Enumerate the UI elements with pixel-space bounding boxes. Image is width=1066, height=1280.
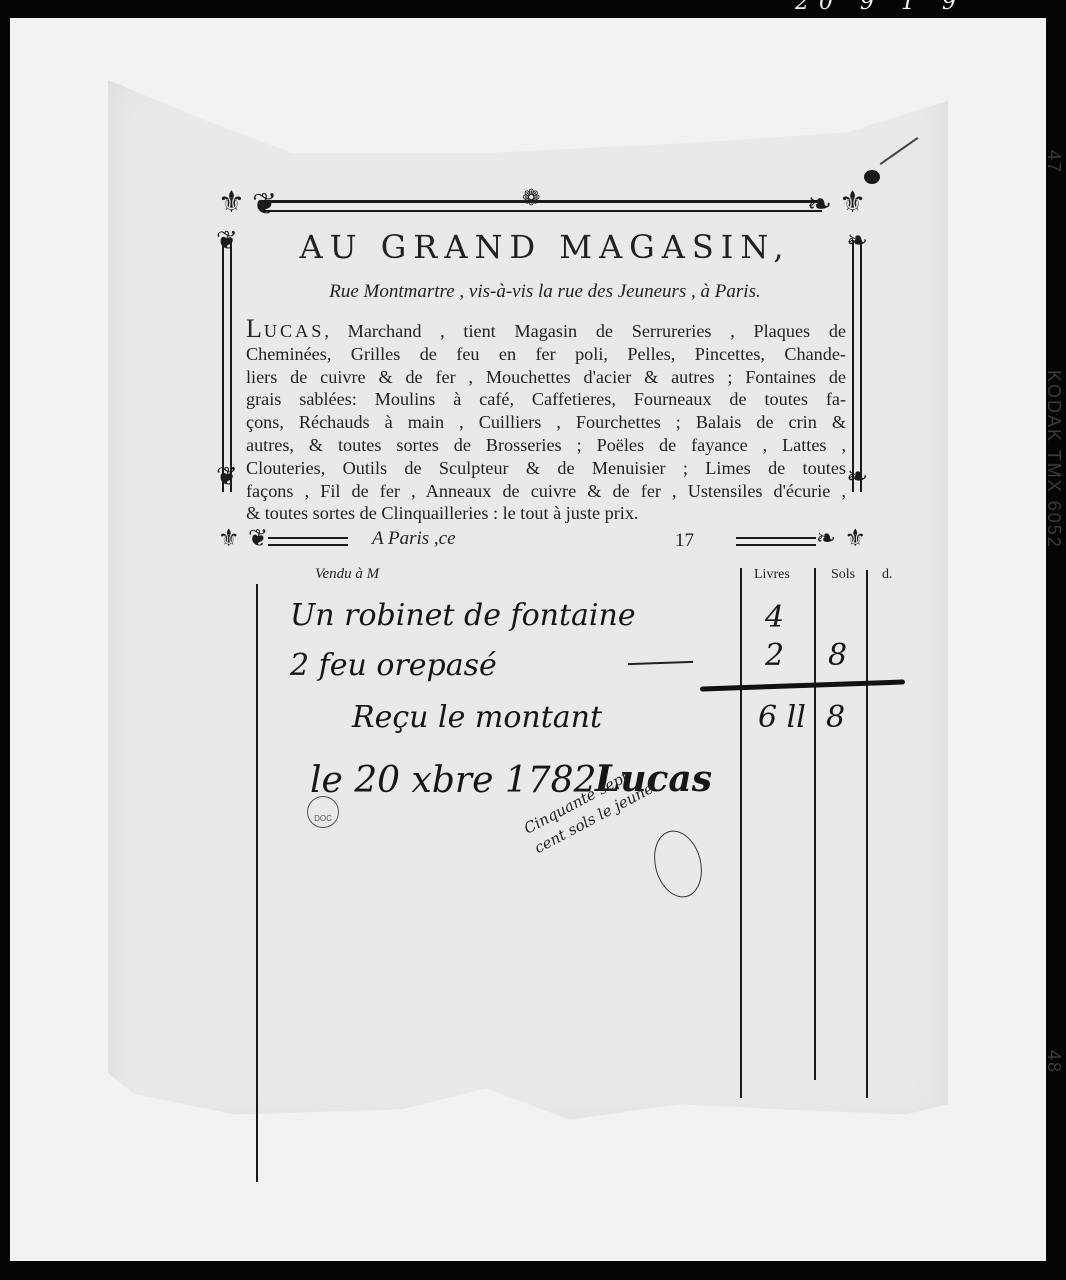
archive-stamp: DOC (307, 796, 339, 828)
item-sols: 8 (828, 638, 847, 673)
sold-to-label: Vendu à M (315, 566, 379, 583)
fleur-de-lis-icon: ⚜ (839, 188, 866, 218)
merchant-description: LUCAS, Marchand , tient Magasin de Serru… (246, 318, 846, 525)
fleur-de-lis-icon: ⚜ (218, 526, 240, 550)
column-header-livres: Livres (754, 567, 790, 583)
film-edge-code: KODAK TMX 6052 (1043, 370, 1064, 549)
description-line: çons, Réchauds à main , Cuilliers , Four… (246, 411, 846, 434)
total-livres: 6 ll (758, 700, 806, 735)
total-sols: 8 (826, 700, 845, 735)
livres-column-rule (740, 568, 742, 1098)
ink-stain (864, 170, 880, 184)
fleur-de-lis-icon: ⚜ (844, 526, 866, 550)
scroll-ornament-icon: ❧ (816, 526, 836, 550)
item-description: 2 feu orepasé (290, 648, 497, 683)
scroll-ornament-icon: ❦ (216, 464, 238, 490)
scroll-ornament-icon: ❦ (216, 228, 238, 254)
description-line: autres, & toutes sortes de Brosseries ; … (246, 434, 846, 457)
border-top-rule (262, 200, 822, 212)
merchant-name: UCAS (264, 321, 325, 341)
place-line: A Paris ,ce (372, 528, 456, 550)
scroll-ornament-icon: ❦ (248, 526, 268, 550)
date-line: le 20 xbre 1782 (310, 760, 596, 801)
item-description: Un robinet de fontaine (290, 598, 636, 633)
description-line: façons , Fil de fer , Anneaux de cuivre … (246, 480, 846, 503)
film-edge-number: 48 (1043, 1050, 1064, 1074)
description-line: & toutes sortes de Clinquailleries : le … (246, 502, 846, 525)
scroll-ornament-icon: ❧ (846, 464, 868, 490)
column-header-sols: Sols (831, 567, 855, 583)
item-livres: 4 (765, 600, 784, 635)
receipt-line: Reçu le montant (352, 700, 602, 735)
scroll-ornament-icon: ❧ (807, 190, 832, 220)
description-line: Cheminées, Grilles de feu en fer poli, P… (246, 343, 846, 366)
film-edge-number: 47 (1043, 150, 1064, 174)
description-line: LUCAS, Marchand , tient Magasin de Serru… (246, 318, 846, 343)
border-bottom-right-rule (736, 537, 816, 546)
deniers-column-rule (866, 570, 868, 1098)
film-top-mark: 20 9 1 9 (795, 0, 966, 15)
border-right-rule (852, 240, 862, 492)
left-margin-rule (256, 584, 258, 1182)
year-prefix: 17 (675, 530, 694, 552)
center-ornament-icon: ❁ (522, 188, 540, 210)
shop-address: Rue Montmartre , vis-à-vis la rue des Je… (240, 281, 850, 303)
border-left-rule (222, 240, 232, 492)
description-line: grais sablées: Moulins à café, Caffetier… (246, 388, 846, 411)
border-bottom-left-rule (268, 537, 348, 546)
item-livres: 2 (765, 638, 784, 673)
description-line: liers de cuivre & de fer , Mouchettes d'… (246, 366, 846, 389)
fleur-de-lis-icon: ⚜ (218, 188, 245, 218)
drop-cap: L (246, 314, 264, 343)
scroll-ornament-icon: ❦ (252, 190, 277, 220)
shop-title: AU GRAND MAGASIN, (240, 228, 850, 266)
column-header-deniers: d. (882, 567, 893, 583)
description-line: Clouteries, Outils de Sculpteur & de Men… (246, 457, 846, 480)
sols-column-rule (814, 568, 816, 1080)
